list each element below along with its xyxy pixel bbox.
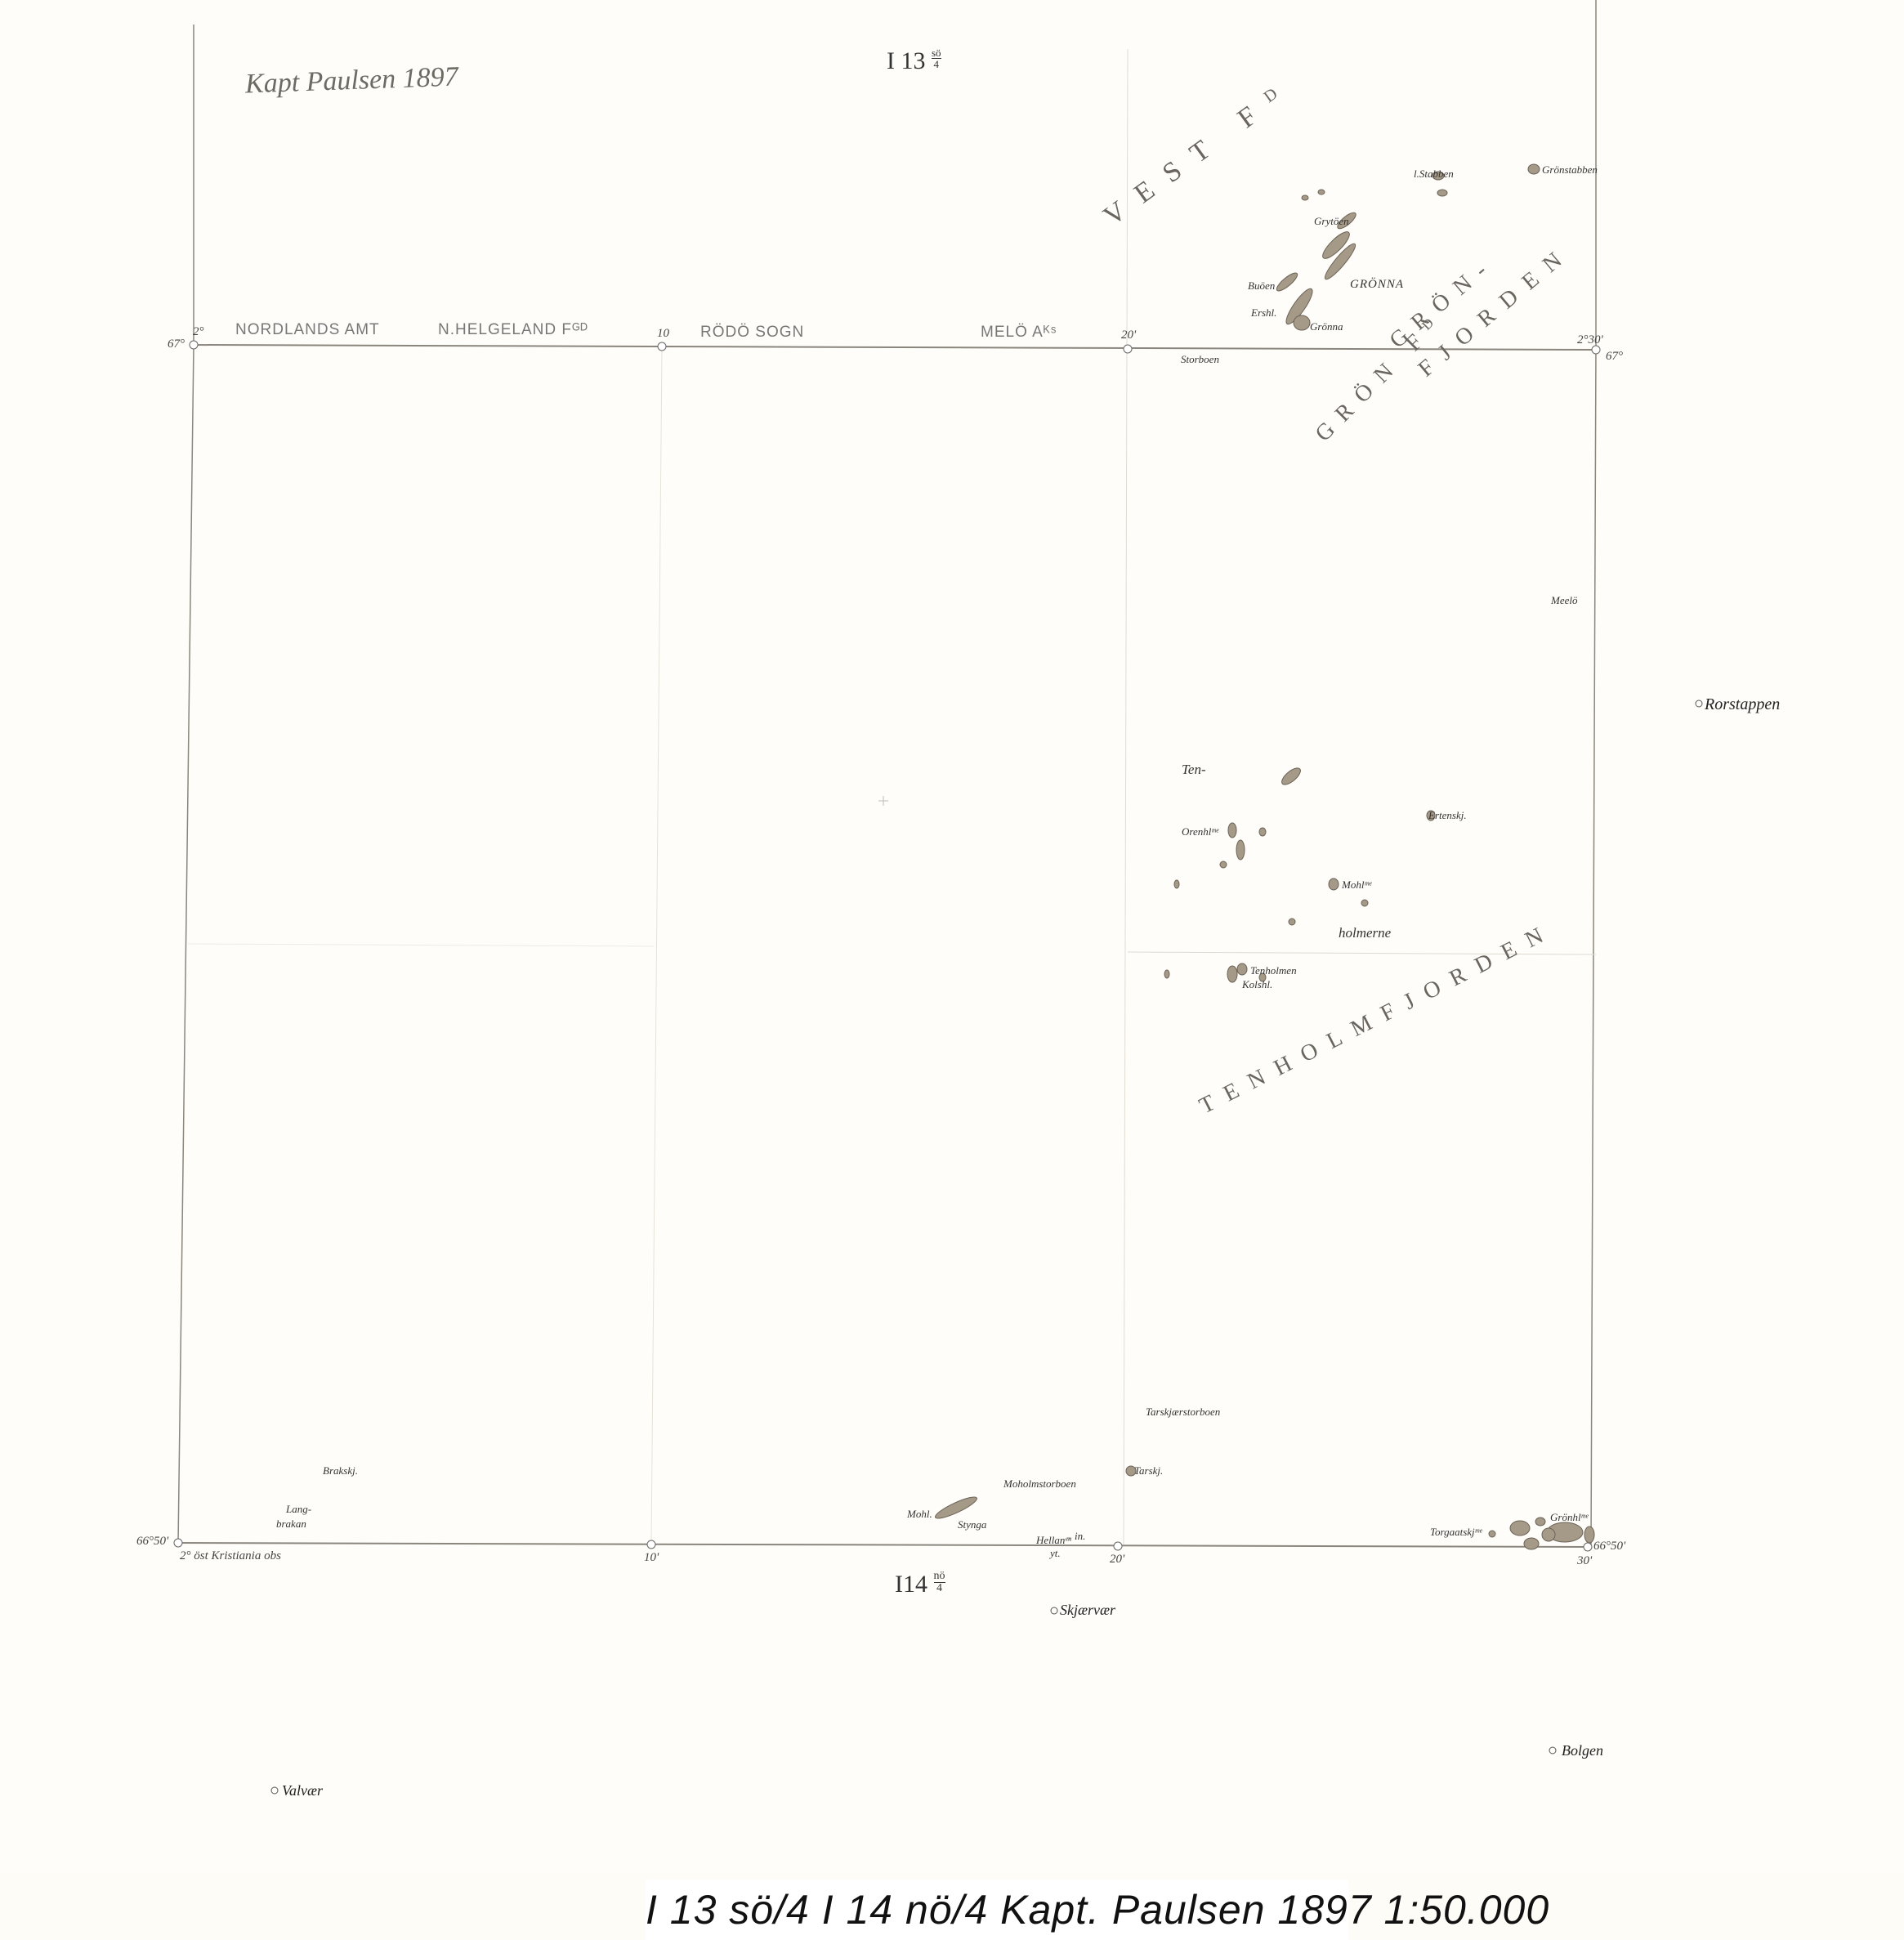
lat-67-right: 67° [1606, 350, 1623, 364]
place-gronhl: Grönhlᵐᵉ [1550, 1511, 1588, 1524]
place-kolshl: Kolshl. [1242, 978, 1272, 991]
sheet-sup: sö [932, 47, 941, 59]
place-ten: Ten- [1182, 762, 1206, 778]
place-bolgen: Bolgen [1562, 1742, 1603, 1759]
admin-label-helgeland: N.HELGELAND Fᴳᴰ [438, 321, 588, 339]
sheet-sub: 4 [936, 1582, 942, 1594]
place-grytoen: Grytöen [1314, 215, 1349, 228]
catalog-label-strip: I 13 sö/4 I 14 nö/4 Kapt. Paulsen 1897 1… [646, 1880, 1348, 1940]
sheet-sup: nö [934, 1571, 945, 1583]
catalog-label-text: I 13 sö/4 I 14 nö/4 Kapt. Paulsen 1897 1… [646, 1886, 1348, 1933]
place-stynga: Stynga [958, 1518, 986, 1531]
sheet-id: I14 [895, 1571, 927, 1598]
place-rorstappen: Rorstappen [1705, 695, 1780, 714]
place-moholmstorboen: Moholmstorboen [1003, 1477, 1076, 1491]
lon-10-top: 10 [657, 327, 669, 341]
place-stabben: l.Stabben [1414, 168, 1454, 181]
map-graticule [0, 0, 1904, 1880]
place-hellan-in: in. [1075, 1530, 1085, 1543]
lat-67-left: 67° [168, 337, 185, 351]
admin-label-melo: MELÖ Aᴷˢ [981, 324, 1057, 342]
place-gronstabben: Grönstabben [1542, 163, 1598, 177]
lon-20-top: 20' [1121, 329, 1136, 342]
lat-66-50-right: 66°50' [1593, 1540, 1625, 1553]
sheet-label-bottom: I14 nö 4 [895, 1571, 945, 1598]
islands-tenholm [1164, 765, 1435, 982]
place-skjaervaer: Skjærvær [1060, 1602, 1115, 1619]
lon-2deg: 2° [193, 325, 204, 339]
place-tarskj: Tarskj. [1134, 1464, 1163, 1477]
place-mohlme: Mohlᵐᵉ [1342, 878, 1371, 892]
admin-label-rodo: RÖDÖ SOGN [700, 324, 804, 342]
place-brakan: brakan [276, 1518, 306, 1531]
lon-10-bottom: 10' [644, 1551, 659, 1565]
place-hellan-yt: yt. [1050, 1547, 1061, 1560]
place-hellan: Hellanᵉⁿ [1036, 1534, 1071, 1547]
place-valvaer: Valvær [282, 1782, 323, 1799]
sheet-id: I 13 [887, 47, 926, 74]
lon-30-bottom: 30' [1577, 1554, 1592, 1568]
lon-2-30-top: 2°30' [1577, 333, 1603, 347]
place-lang: Lang- [286, 1503, 311, 1516]
lon-20-bottom: 20' [1110, 1553, 1124, 1567]
place-mohl: Mohl. [907, 1508, 932, 1521]
place-buoen: Buöen [1248, 279, 1275, 293]
place-orenhl: Orenhlᵐᵉ [1182, 825, 1218, 838]
lat-66-50-left: 66°50' [136, 1535, 168, 1549]
place-ertenskj: Ertenskj. [1428, 809, 1467, 822]
place-gronna-caps: GRÖNNA [1350, 278, 1404, 292]
place-ershl: Ershl. [1251, 306, 1276, 320]
place-tenholmen: Tenholmen [1250, 964, 1297, 977]
place-meelo: Meelö [1551, 594, 1577, 607]
place-brakskj: Brakskj. [323, 1464, 358, 1477]
place-torgaatskj: Torgaatskjᵐᵉ [1430, 1526, 1482, 1539]
admin-label-nordlands: NORDLANDS AMT [235, 321, 380, 339]
place-storboen: Storboen [1181, 353, 1219, 366]
sheet-label-top: I 13 sö 4 [887, 47, 941, 75]
sheet-sub: 4 [934, 58, 940, 70]
place-holmerne: holmerne [1339, 925, 1391, 941]
place-tarskjaerstorboen: Tarskjærstorboen [1146, 1406, 1220, 1419]
place-gronna: Grönna [1310, 320, 1343, 333]
lon-origin-note: 2° öst Kristiania obs [180, 1549, 281, 1563]
